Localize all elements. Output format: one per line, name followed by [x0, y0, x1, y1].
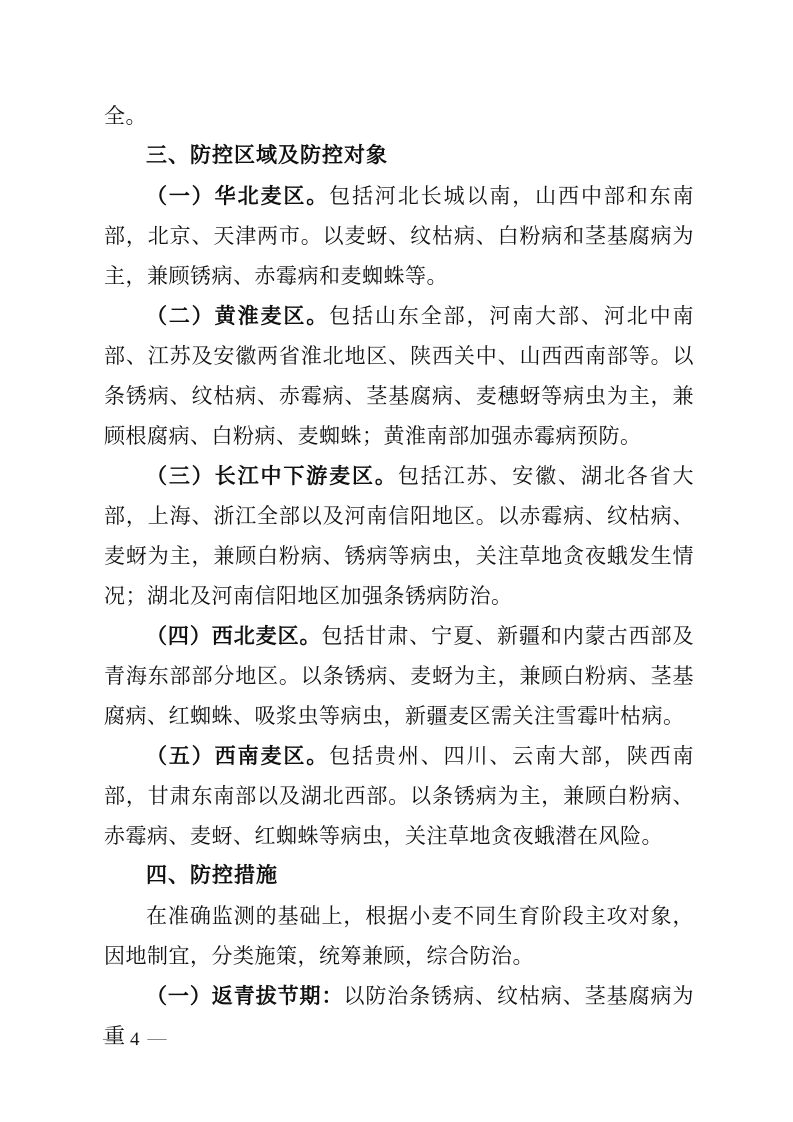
region-3-lead: （三）长江中下游麦区。 — [146, 464, 398, 488]
region-4-lead: （四）西北麦区。 — [146, 624, 322, 648]
continuation-text: 全。 — [104, 104, 147, 128]
footer-left-dash: — — [103, 1028, 124, 1049]
region-paragraph-northwest: （四）西北麦区。包括甘肃、宁夏、新疆和内蒙古西部及青海东部部分地区。以条锈病、麦… — [104, 616, 694, 736]
region-paragraph-southwest: （五）西南麦区。包括贵州、四川、云南大部，陕西南部，甘肃东南部以及湖北西部。以条… — [104, 736, 694, 856]
footer-right-dash: — — [148, 1028, 169, 1049]
region-paragraph-yangtze: （三）长江中下游麦区。包括江苏、安徽、湖北各省大部，上海、浙江全部以及河南信阳地… — [104, 456, 694, 616]
measure-1-paragraph: （一）返青拔节期：以防治条锈病、纹枯病、茎基腐病为重 — [104, 976, 694, 1056]
document-body: 全。 三、防控区域及防控对象 （一）华北麦区。包括河北长城以南，山西中部和东南部… — [104, 96, 694, 1056]
region-5-lead: （五）西南麦区。 — [146, 744, 329, 768]
page-number-footer: —4— — [103, 1026, 169, 1054]
region-1-lead: （一）华北麦区。 — [146, 184, 329, 208]
footer-page-number: 4 — [124, 1029, 148, 1050]
measures-intro-paragraph: 在准确监测的基础上，根据小麦不同生育阶段主攻对象，因地制宜，分类施策，统筹兼顾，… — [104, 896, 694, 976]
region-2-lead: （二）黄淮麦区。 — [146, 304, 329, 328]
measure-1-lead: （一）返青拔节期： — [146, 984, 343, 1008]
region-paragraph-north-china: （一）华北麦区。包括河北长城以南，山西中部和东南部，北京、天津两市。以麦蚜、纹枯… — [104, 176, 694, 296]
section-3-heading: 三、防控区域及防控对象 — [104, 136, 694, 176]
section-4-heading: 四、防控措施 — [104, 856, 694, 896]
region-paragraph-huanghuai: （二）黄淮麦区。包括山东全部，河南大部、河北中南部、江苏及安徽两省淮北地区、陕西… — [104, 296, 694, 456]
document-page: 全。 三、防控区域及防控对象 （一）华北麦区。包括河北长城以南，山西中部和东南部… — [0, 0, 793, 1122]
continuation-line: 全。 — [104, 96, 694, 136]
